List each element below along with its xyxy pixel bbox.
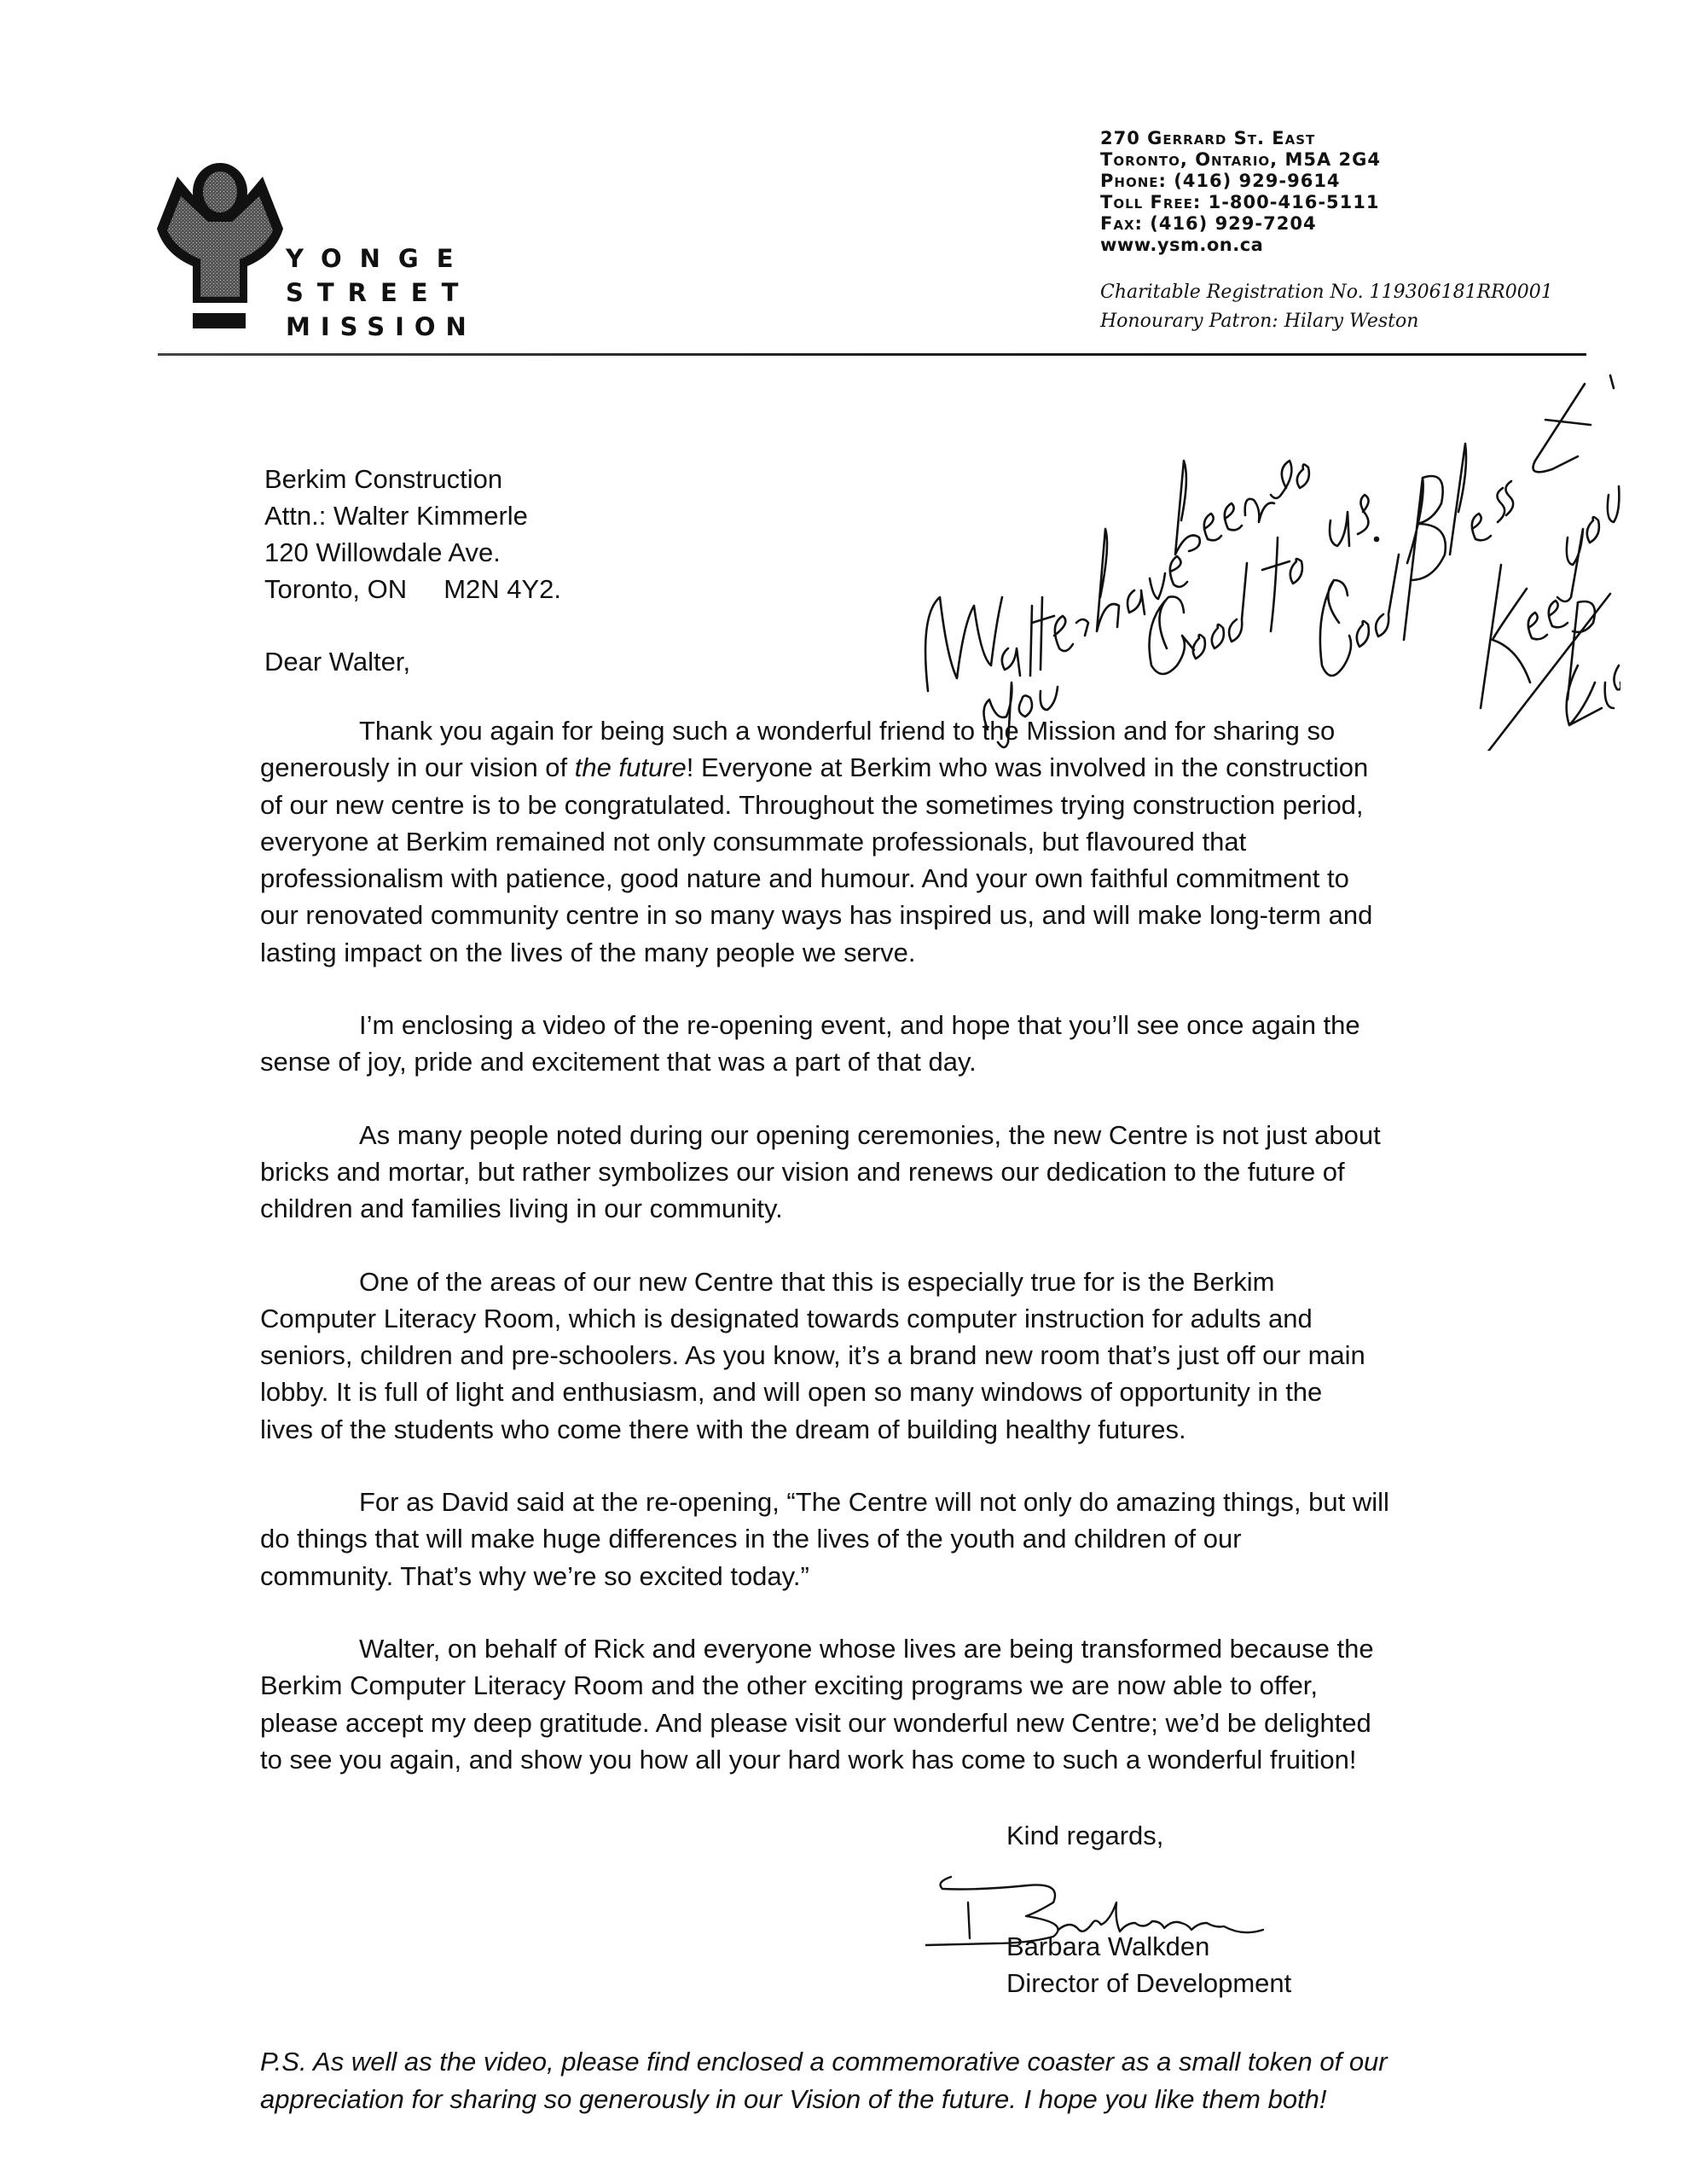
paragraph-line: children and families living in our comm… <box>260 1190 1497 1227</box>
logo-word-yonge: YONGE <box>286 244 472 273</box>
recipient-city-postal: Toronto, ON M2N 4Y2. <box>264 571 561 607</box>
text-run: One of the areas of our new Centre that … <box>359 1267 1274 1297</box>
body-paragraph: As many people noted during our opening … <box>260 1117 1497 1228</box>
paragraph-line: As many people noted during our opening … <box>260 1117 1497 1153</box>
signer-name: Barbara Walkden <box>1006 1928 1291 1965</box>
text-run: lasting impact on the lives of the many … <box>260 938 916 967</box>
logo-word-street: STREET <box>286 278 472 307</box>
postscript-line: P.S. As well as the video, please find e… <box>260 2043 1388 2081</box>
handwritten-note <box>896 341 1620 751</box>
paragraph-line: bricks and mortar, but rather symbolizes… <box>260 1153 1497 1190</box>
text-run: bricks and mortar, but rather symbolizes… <box>260 1157 1345 1187</box>
text-run: I’m enclosing a video of the re-opening … <box>359 1010 1360 1040</box>
letterhead-contact-block: 270 Gerrard St. East Toronto, Ontario, M… <box>1100 128 1381 256</box>
text-run: please accept my deep gratitude. And ple… <box>260 1708 1371 1738</box>
text-run: Thank you again for being such a wonderf… <box>359 716 1335 746</box>
text-run: Computer Literacy Room, which is designa… <box>260 1304 1313 1333</box>
text-run: our renovated community centre in so man… <box>260 900 1372 930</box>
fax-number: Fax: (416) 929-7204 <box>1100 213 1381 235</box>
recipient-street: 120 Willowdale Ave. <box>264 534 561 571</box>
phone-number: Phone: (416) 929-9614 <box>1100 171 1381 192</box>
address-city: Toronto, Ontario, M5A 2G4 <box>1100 149 1381 171</box>
text-run: As many people noted during our opening … <box>359 1120 1381 1150</box>
address-street: 270 Gerrard St. East <box>1100 128 1381 149</box>
text-run: lives of the students who come there wit… <box>260 1414 1186 1444</box>
paragraph-line: please accept my deep gratitude. And ple… <box>260 1705 1497 1741</box>
postscript: P.S. As well as the video, please find e… <box>260 2043 1388 2118</box>
signer-block: Barbara Walkden Director of Development <box>1006 1928 1291 2001</box>
paragraph-line: seniors, children and pre-schoolers. As … <box>260 1337 1497 1374</box>
text-run: professionalism with patience, good natu… <box>260 863 1349 893</box>
paragraph-line: lasting impact on the lives of the many … <box>260 934 1497 971</box>
recipient-address: Berkim Construction Attn.: Walter Kimmer… <box>264 461 561 607</box>
text-run: generously in our vision of <box>260 752 575 782</box>
text-run: to see you again, and show you how all y… <box>260 1745 1357 1774</box>
paragraph-line: to see you again, and show you how all y… <box>260 1741 1497 1778</box>
paragraph-line: our renovated community centre in so man… <box>260 897 1497 933</box>
recipient-company: Berkim Construction <box>264 461 561 497</box>
paragraph-line: generously in our vision of the future! … <box>260 749 1497 786</box>
text-run: children and families living in our comm… <box>260 1194 783 1223</box>
text-run: community. That’s why we’re so excited t… <box>260 1561 809 1591</box>
text-run: of our new centre is to be congratulated… <box>260 790 1364 820</box>
paragraph-line: professionalism with patience, good natu… <box>260 860 1497 897</box>
website-link[interactable]: www.ysm.on.ca <box>1100 235 1381 256</box>
body-paragraph: For as David said at the re-opening, “Th… <box>260 1484 1497 1594</box>
paragraph-line: lives of the students who come there wit… <box>260 1411 1497 1448</box>
text-run: Walter, on behalf of Rick and everyone w… <box>359 1634 1374 1664</box>
paragraph-line: Walter, on behalf of Rick and everyone w… <box>260 1630 1497 1667</box>
text-run: do things that will make huge difference… <box>260 1524 1242 1554</box>
paragraph-line: do things that will make huge difference… <box>260 1520 1497 1557</box>
closing-valediction: Kind regards, <box>1006 1817 1163 1854</box>
body-paragraph: One of the areas of our new Centre that … <box>260 1263 1497 1448</box>
recipient-attention: Attn.: Walter Kimmerle <box>264 497 561 534</box>
yonge-street-mission-logo-icon <box>152 136 288 334</box>
text-run: seniors, children and pre-schoolers. As … <box>260 1340 1365 1370</box>
letterhead-registration-block: Charitable Registration No. 119306181RR0… <box>1100 278 1553 336</box>
salutation: Dear Walter, <box>264 643 410 680</box>
emphasis-text: the future <box>575 752 687 782</box>
text-run: For as David said at the re-opening, “Th… <box>359 1487 1389 1517</box>
text-run: lobby. It is full of light and enthusias… <box>260 1377 1322 1407</box>
paragraph-line: Computer Literacy Room, which is designa… <box>260 1300 1497 1337</box>
body-paragraph: Walter, on behalf of Rick and everyone w… <box>260 1630 1497 1778</box>
paragraph-line: One of the areas of our new Centre that … <box>260 1263 1497 1300</box>
text-run: everyone at Berkim remained not only con… <box>260 827 1246 857</box>
paragraph-line: of our new centre is to be congratulated… <box>260 787 1497 823</box>
letter-body: Thank you again for being such a wonderf… <box>260 712 1497 1814</box>
text-run: Berkim Computer Literacy Room and the ot… <box>260 1670 1318 1700</box>
paragraph-line: Thank you again for being such a wonderf… <box>260 712 1497 749</box>
toll-free-number: Toll Free: 1-800-416-5111 <box>1100 192 1381 213</box>
postscript-line: appreciation for sharing so generously i… <box>260 2081 1388 2118</box>
honourary-patron: Honourary Patron: Hilary Weston <box>1100 307 1553 336</box>
signer-title: Director of Development <box>1006 1965 1291 2001</box>
charitable-registration: Charitable Registration No. 119306181RR0… <box>1100 278 1553 307</box>
paragraph-line: For as David said at the re-opening, “Th… <box>260 1484 1497 1520</box>
body-paragraph: Thank you again for being such a wonderf… <box>260 712 1497 971</box>
paragraph-line: community. That’s why we’re so excited t… <box>260 1558 1497 1594</box>
text-run: sense of joy, pride and excitement that … <box>260 1047 977 1077</box>
paragraph-line: I’m enclosing a video of the re-opening … <box>260 1007 1497 1043</box>
text-run: ! Everyone at Berkim who was involved in… <box>687 752 1369 782</box>
paragraph-line: Berkim Computer Literacy Room and the ot… <box>260 1667 1497 1704</box>
logo-word-mission: MISSION <box>286 312 477 341</box>
paragraph-line: sense of joy, pride and excitement that … <box>260 1043 1497 1080</box>
paragraph-line: everyone at Berkim remained not only con… <box>260 823 1497 860</box>
body-paragraph: I’m enclosing a video of the re-opening … <box>260 1007 1497 1081</box>
paragraph-line: lobby. It is full of light and enthusias… <box>260 1374 1497 1410</box>
